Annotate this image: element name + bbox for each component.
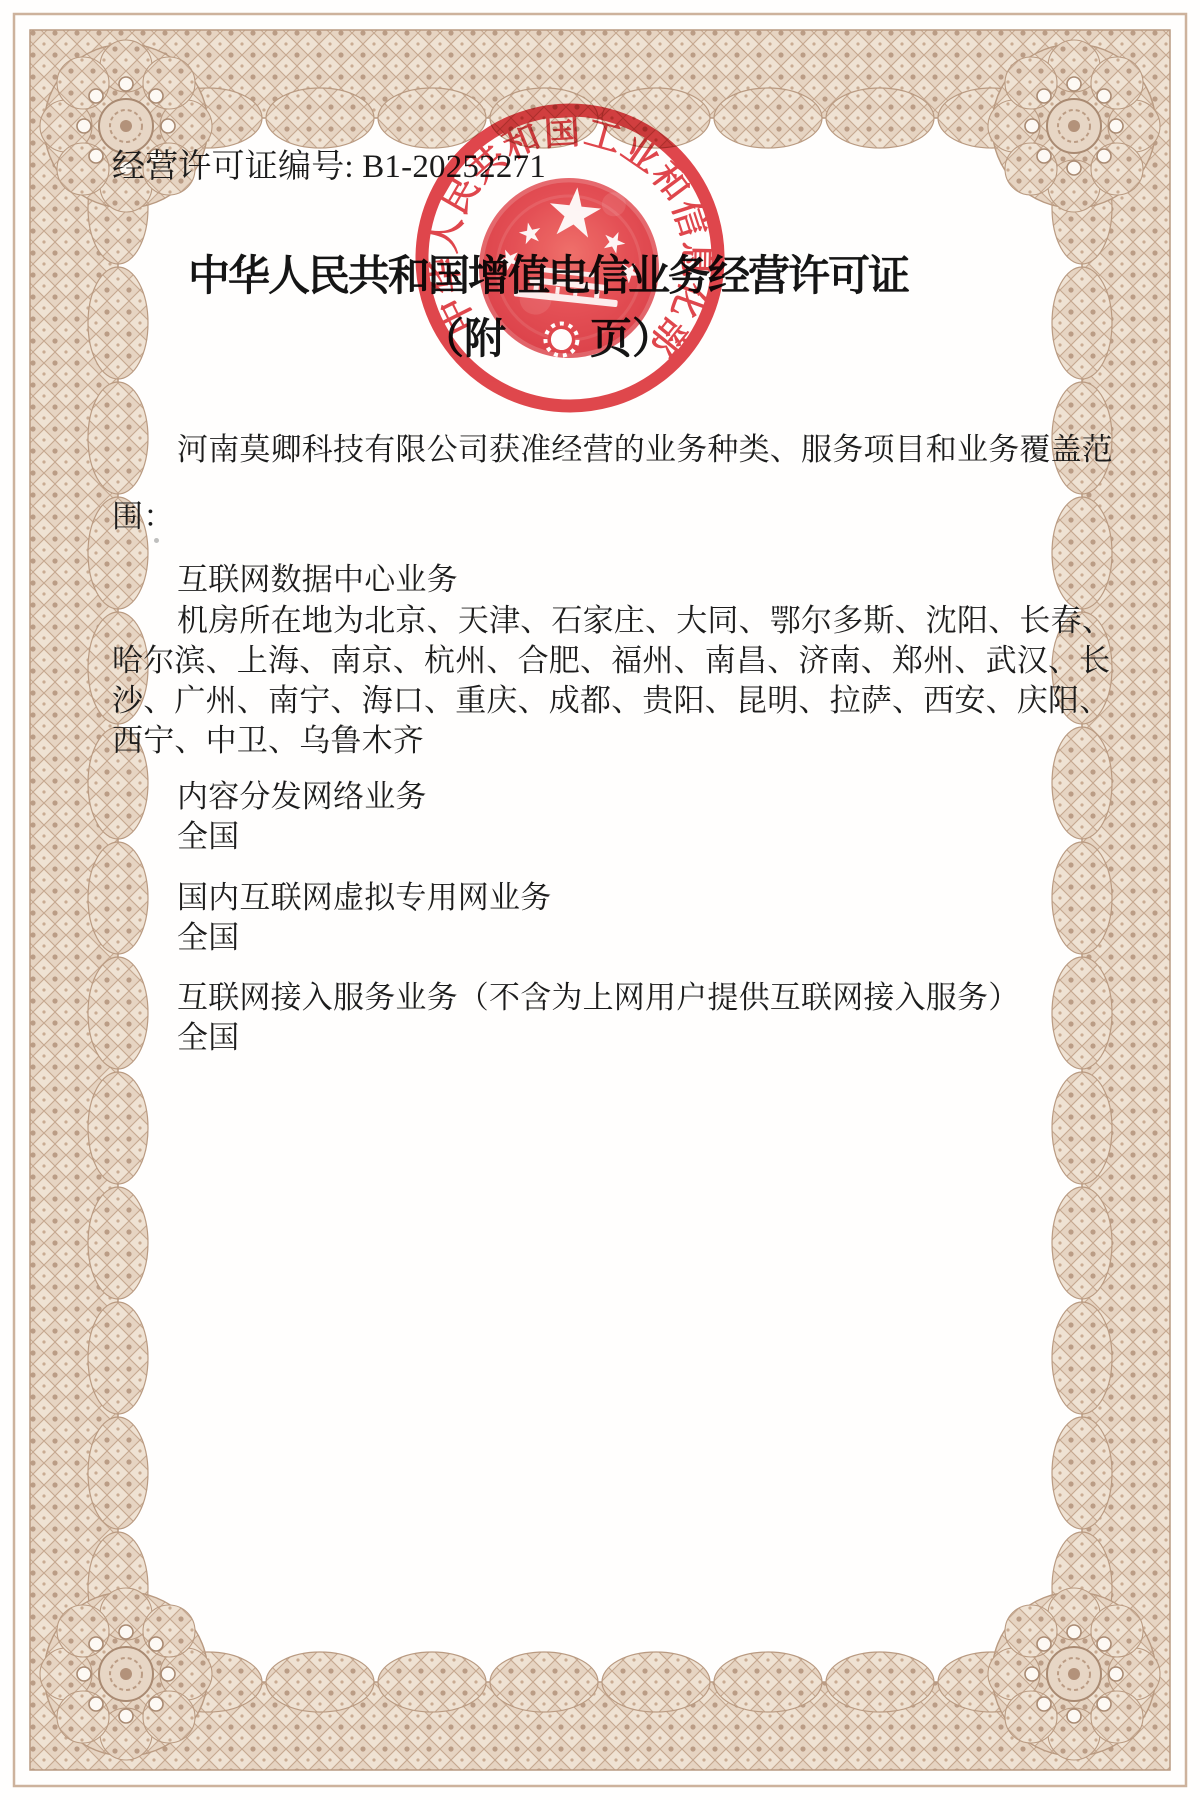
- section-line: 全国: [177, 811, 239, 856]
- national-emblem: [470, 169, 668, 367]
- section-line: 全国: [177, 1012, 239, 1057]
- section-line: 西宁、中卫、乌鲁木齐: [112, 715, 424, 760]
- ministry-red-seal: 中华人民共和国工业和信息化部: [408, 96, 732, 420]
- certificate-page: 经营许可证编号: B1-20252271 中华人民共和国增值电信业务经营许可证 …: [0, 0, 1200, 1800]
- section-heading-vpn: 国内互联网虚拟专用网业务: [177, 872, 551, 917]
- section-line: 沙、广州、南宁、海口、重庆、成都、贵阳、昆明、拉萨、西安、庆阳、: [112, 675, 1110, 720]
- section-line: 哈尔滨、上海、南京、杭州、合肥、福州、南昌、济南、郑州、武汉、长: [112, 635, 1110, 680]
- intro-line: 河南莫卿科技有限公司获准经营的业务种类、服务项目和业务覆盖范: [177, 424, 1113, 469]
- scan-artifact-dot: [154, 538, 159, 543]
- intro-line: 围：: [112, 491, 174, 536]
- section-heading-cdn: 内容分发网络业务: [177, 771, 427, 816]
- section-line: 机房所在地为北京、天津、石家庄、大同、鄂尔多斯、沈阳、长春、: [177, 595, 1113, 640]
- section-line: 全国: [177, 912, 239, 957]
- section-heading-isp: 互联网接入服务业务（不含为上网用户提供互联网接入服务）: [177, 972, 1019, 1017]
- section-heading-idc: 互联网数据中心业务: [177, 554, 458, 599]
